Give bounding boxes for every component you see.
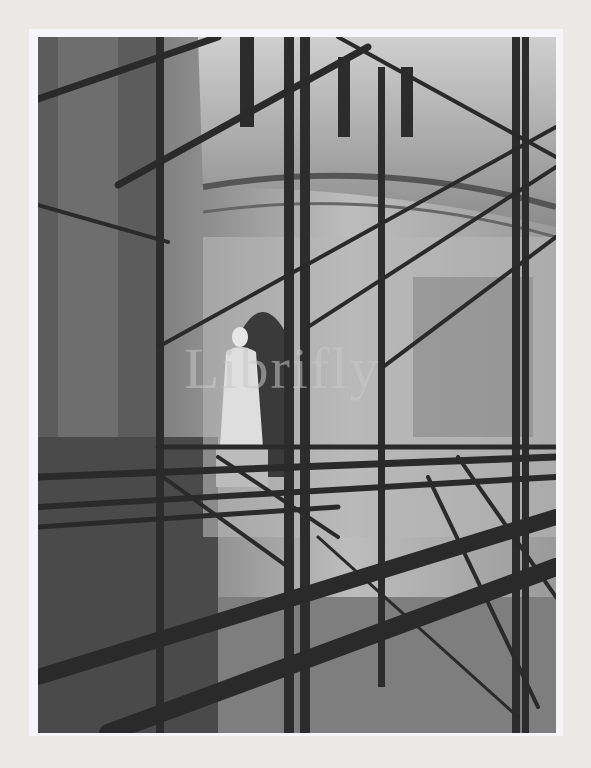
photograph: Librifly — [38, 37, 556, 733]
watermark: Librifly — [184, 335, 380, 402]
